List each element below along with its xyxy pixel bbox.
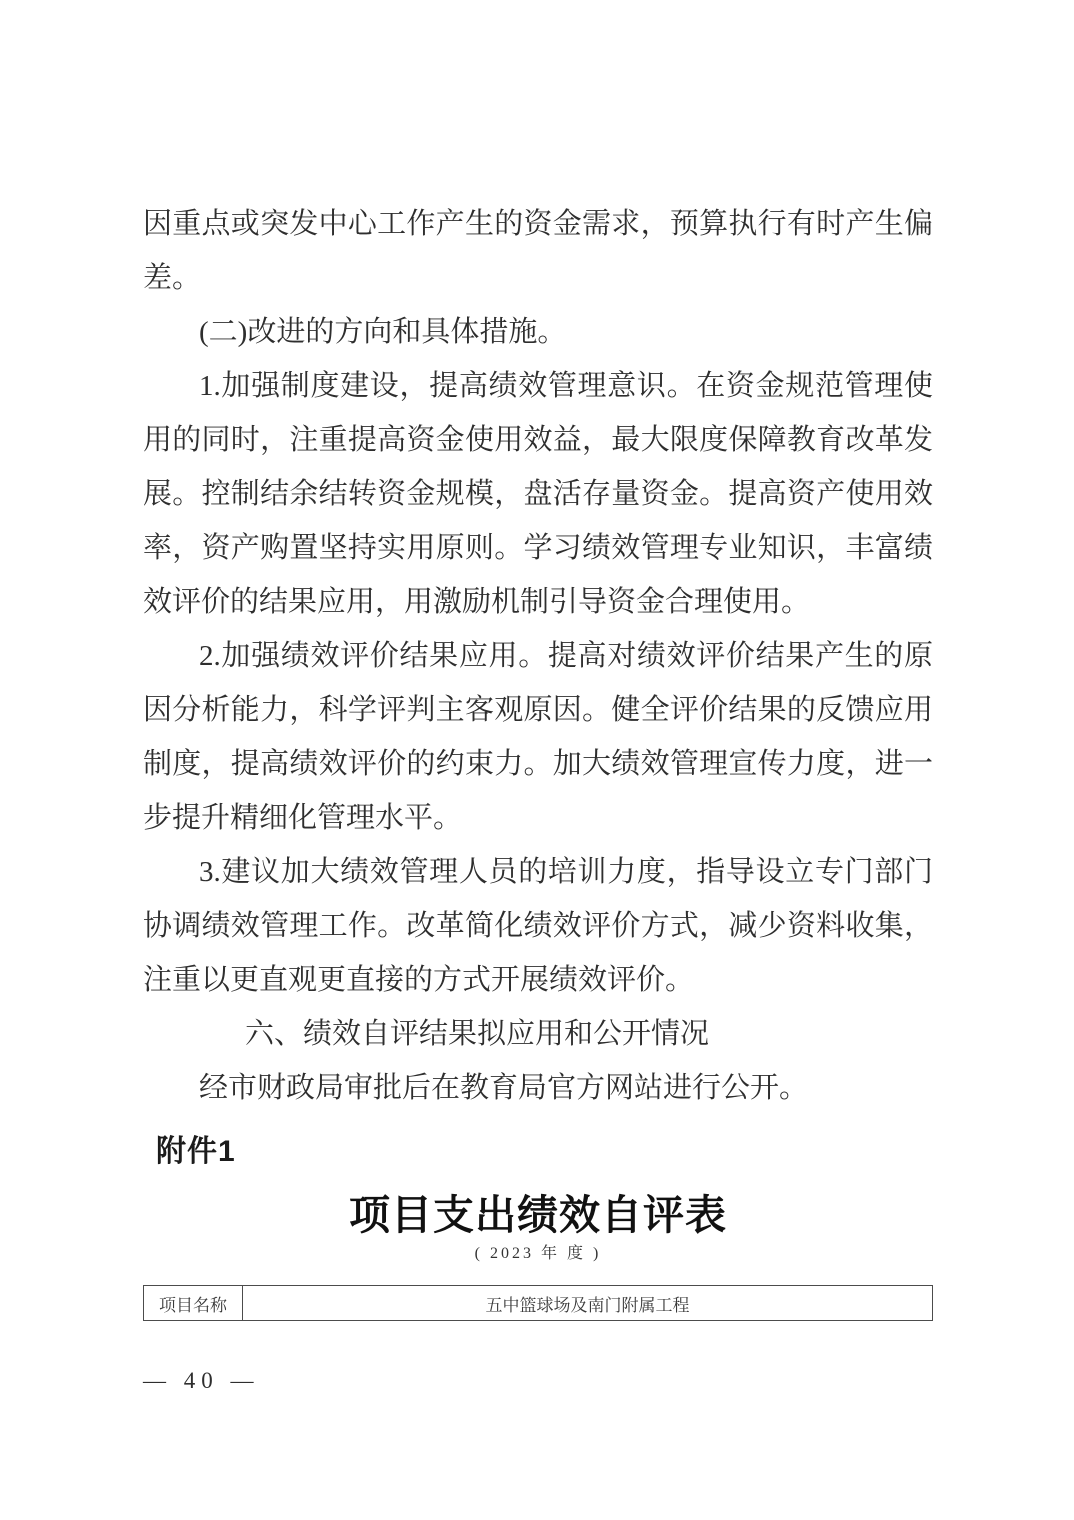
- body-line: 效评价的结果应用，用激励机制引导资金合理使用。: [143, 575, 933, 629]
- body-line: 率，资产购置坚持实用原则。学习绩效管理专业知识，丰富绩: [143, 521, 933, 575]
- attachment-label: 附件1: [156, 1126, 236, 1170]
- section-heading: 六、绩效自评结果拟应用和公开情况: [143, 1007, 933, 1061]
- body-line: 步提升精细化管理水平。: [143, 791, 933, 845]
- table-year-line: ( 2023 年 度 ): [143, 1240, 933, 1263]
- document-page: 因重点或突发中心工作产生的资金需求，预算执行有时产生偏 差。 (二)改进的方向和…: [0, 0, 1074, 1520]
- project-info-table: 项目名称 五中篮球场及南门附属工程: [143, 1285, 933, 1321]
- body-line: 协调绩效管理工作。改革简化绩效评价方式，减少资料收集，: [143, 899, 933, 953]
- body-text-block: 因重点或突发中心工作产生的资金需求，预算执行有时产生偏 差。 (二)改进的方向和…: [143, 197, 933, 1115]
- project-name-value: 五中篮球场及南门附属工程: [243, 1286, 933, 1321]
- body-line: 经市财政局审批后在教育局官方网站进行公开。: [143, 1061, 933, 1115]
- body-line: 用的同时，注重提高资金使用效益，最大限度保障教育改革发: [143, 413, 933, 467]
- project-name-label: 项目名称: [144, 1286, 243, 1321]
- body-line: 1.加强制度建设，提高绩效管理意识。在资金规范管理使: [143, 359, 933, 413]
- body-line: 2.加强绩效评价结果应用。提高对绩效评价结果产生的原: [143, 629, 933, 683]
- body-line: 因重点或突发中心工作产生的资金需求，预算执行有时产生偏: [143, 197, 933, 251]
- body-line: 3.建议加大绩效管理人员的培训力度，指导设立专门部门: [143, 845, 933, 899]
- body-line: 注重以更直观更直接的方式开展绩效评价。: [143, 953, 933, 1007]
- body-line: 差。: [143, 251, 933, 305]
- body-line: 展。控制结余结转资金规模，盘活存量资金。提高资产使用效: [143, 467, 933, 521]
- table-row: 项目名称 五中篮球场及南门附属工程: [144, 1286, 933, 1321]
- body-line: (二)改进的方向和具体措施。: [143, 305, 933, 359]
- body-line: 制度，提高绩效评价的约束力。加大绩效管理宣传力度，进一: [143, 737, 933, 791]
- table-title: 项目支出绩效自评表: [143, 1182, 933, 1241]
- page-number: — 40 —: [143, 1368, 260, 1394]
- body-line: 因分析能力，科学评判主客观原因。健全评价结果的反馈应用: [143, 683, 933, 737]
